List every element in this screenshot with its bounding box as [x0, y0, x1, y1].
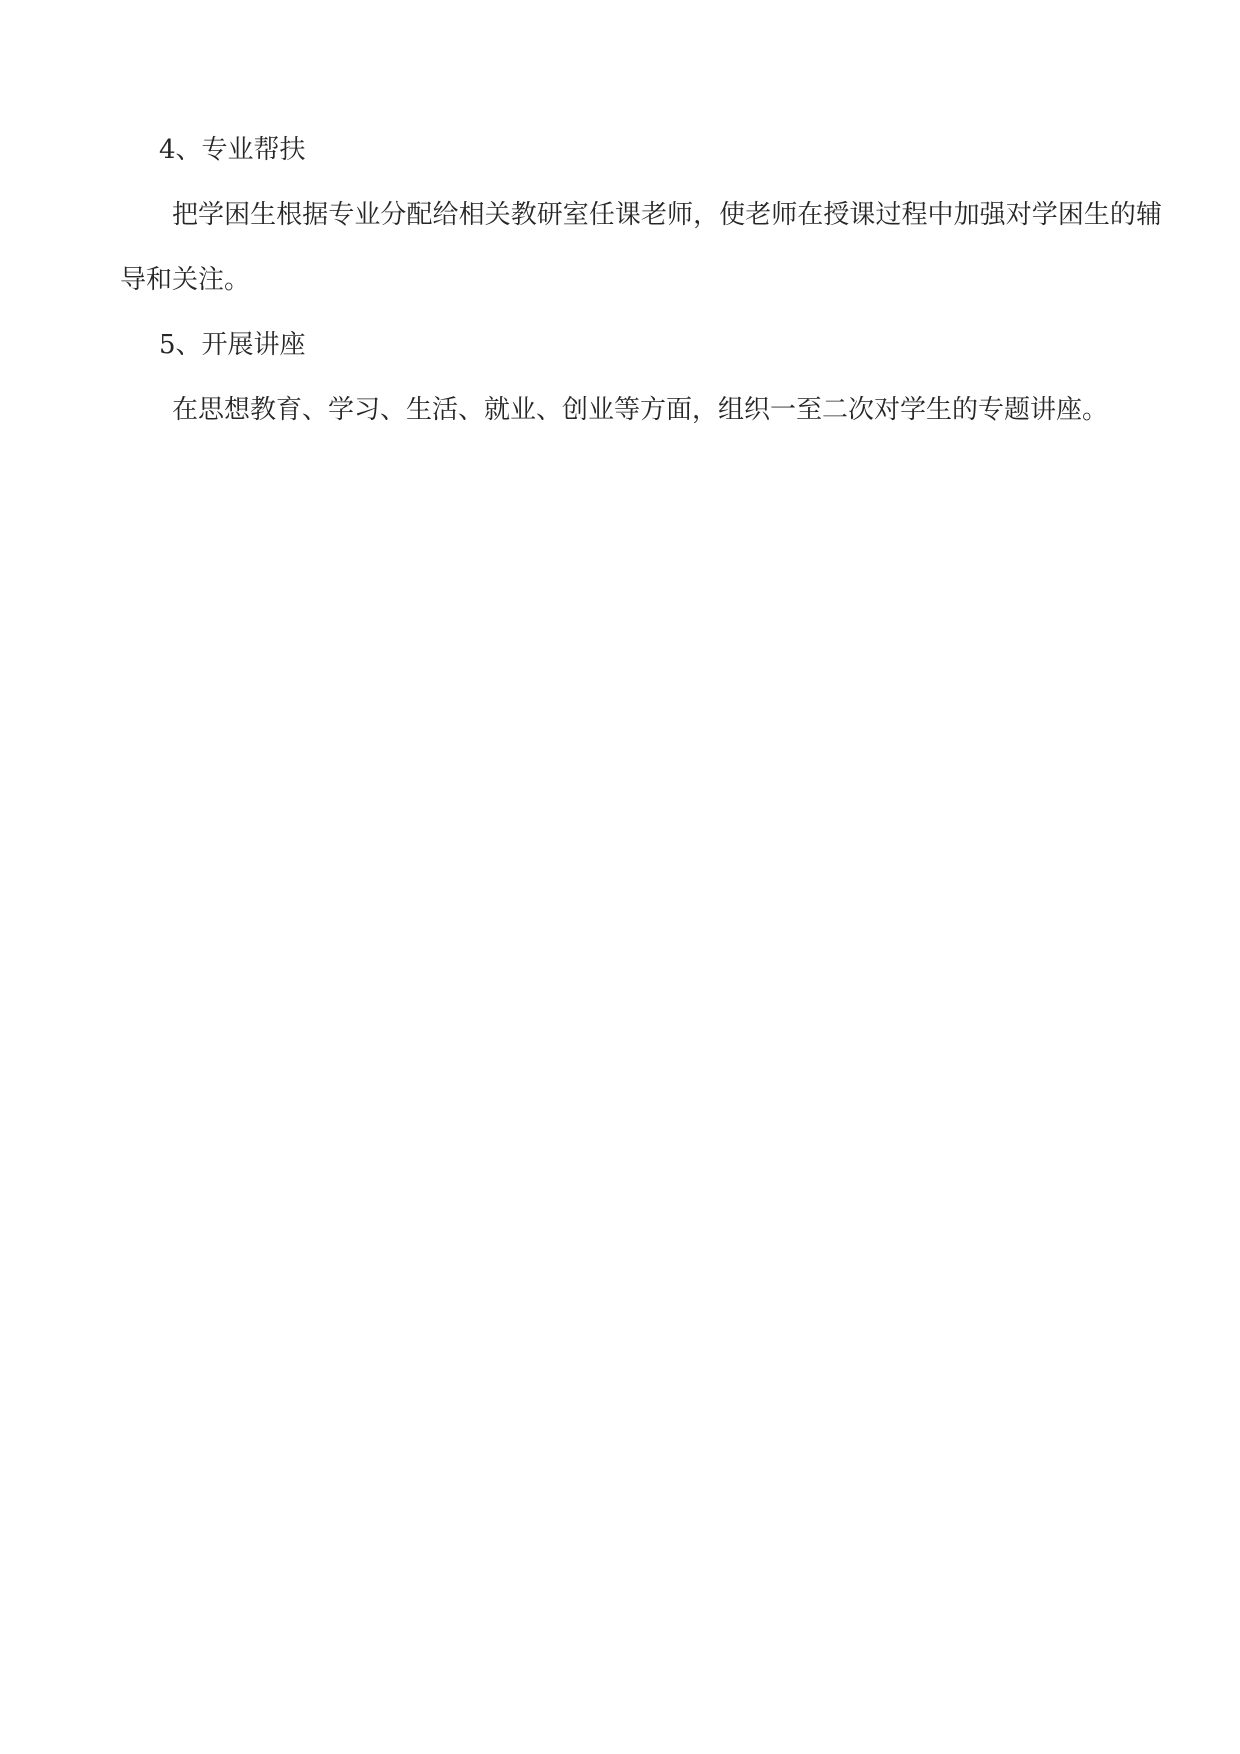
- heading-item-5: 5、开展讲座: [120, 313, 1162, 378]
- heading-item-4: 4、专业帮扶: [120, 118, 1162, 183]
- paragraph-item-5: 在思想教育、学习、生活、就业、创业等方面，组织一至二次对学生的专题讲座。: [120, 378, 1162, 443]
- document-page: 4、专业帮扶 把学困生根据专业分配给相关教研室任课老师，使老师在授课过程中加强对…: [0, 0, 1240, 1754]
- paragraph-item-4: 把学困生根据专业分配给相关教研室任课老师，使老师在授课过程中加强对学困生的辅导和…: [120, 183, 1162, 313]
